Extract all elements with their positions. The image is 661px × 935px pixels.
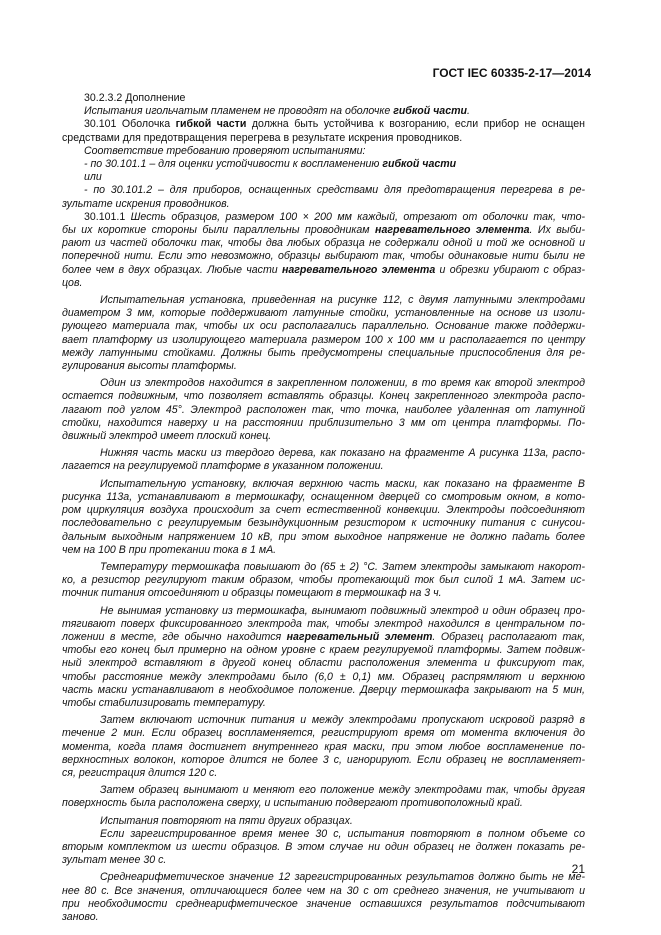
paragraph-p4: Соответствие требованию проверяют испыта… (62, 145, 585, 158)
text-line: вторым комплектом из шести образцов. В э… (62, 841, 585, 854)
text-line: Если зарегистрированное время менее 30 с… (62, 828, 585, 841)
text-line: Не вынимая установку из термошкафа, выни… (62, 605, 585, 618)
text-line: Один из электродов находится в закреплен… (62, 377, 585, 390)
text-line: ся, регистрация длится 120 с. (62, 767, 585, 780)
text-line: более чем в двух образцах. Любые части н… (62, 264, 585, 277)
text-line: рисунка 113а, устанавливают в термошкафу… (62, 491, 585, 504)
bold-term: гибкой части (382, 158, 456, 170)
text-line: нее 80 с. Все значения, отличающиеся бол… (62, 885, 585, 898)
text-line: Испытания повторяют на пяти других образ… (62, 815, 585, 828)
paragraph-p2: Испытания игольчатым пламенем не проводя… (62, 105, 585, 118)
text-line: гулирования высоты платформы. (62, 360, 585, 373)
text-line: дальным выходным напряжением 10 кВ, при … (62, 531, 585, 544)
text-line: ложении в месте, где обычно находится на… (62, 631, 585, 644)
text-line: чтобы стабилизировать температуру. (62, 697, 585, 710)
text-line: - по 30.101.2 – для приборов, оснащенных… (62, 184, 585, 197)
page-number: 21 (572, 862, 585, 876)
text-line: бы их короткие стороны были параллельны … (62, 224, 585, 237)
document-header-standard: ГОСТ IEC 60335-2-17—2014 (433, 66, 591, 80)
bold-term: гибкой части (176, 118, 247, 130)
text-line: Испытательную установку, включая верхнюю… (62, 478, 585, 491)
document-body: 30.2.3.2 ДополнениеИспытания игольчатым … (62, 92, 585, 924)
bold-term: гибкой части (393, 105, 467, 117)
paragraph-p9: Испытательная установка, приведенная на … (62, 294, 585, 373)
text-line: средствами для предотвращения перегрева … (62, 132, 585, 145)
text-line: зультат менее 30 с. (62, 854, 585, 867)
text-line: ко, а резистор регулируют таким образом,… (62, 574, 585, 587)
paragraph-p16: Затем образец вынимают и меняют его поло… (62, 784, 585, 810)
text-line: момента, когда пламя достигнет внутренне… (62, 741, 585, 754)
text-line: или (62, 171, 585, 184)
paragraph-p7: - по 30.101.2 – для приборов, оснащенных… (62, 184, 585, 210)
paragraph-p14: Не вынимая установку из термошкафа, выни… (62, 605, 585, 711)
text-line: верхностных волокон, которое длится не б… (62, 754, 585, 767)
text-line: - по 30.101.1 – для оценки устойчивости … (62, 158, 585, 171)
text-line: лагается на регулируемой платформе в ука… (62, 460, 585, 473)
bold-term: нагревательного элемента (282, 264, 435, 276)
text-line: последовательно с регулируемым безындукц… (62, 517, 585, 530)
text-line: цов. (62, 277, 585, 290)
text-line: 30.2.3.2 Дополнение (62, 92, 585, 105)
text-line: ром циркуляция воздуха происходит за сче… (62, 504, 585, 517)
paragraph-p15: Затем включают источник питания и между … (62, 714, 585, 780)
text-line: вает платформу из изолирующего материала… (62, 334, 585, 347)
text-line: Нижняя часть маски из твердого дерева, к… (62, 447, 585, 460)
text-line: течение 2 мин. Если образец воспламеняет… (62, 727, 585, 740)
text-line: Температуру термошкафа повышают до (65 ±… (62, 561, 585, 574)
paragraph-p10: Один из электродов находится в закреплен… (62, 377, 585, 443)
paragraph-p18: Если зарегистрированное время менее 30 с… (62, 828, 585, 868)
text-line: чем на 100 В при протекании тока в 1 мА. (62, 544, 585, 557)
text-line: остается подвижным, что позволяет вставл… (62, 390, 585, 403)
text-line: стойки, находится наверху и на расстояни… (62, 417, 585, 430)
text-line: Соответствие требованию проверяют испыта… (62, 145, 585, 158)
paragraph-p12: Испытательную установку, включая верхнюю… (62, 478, 585, 557)
bold-term: нагревательного элемента (375, 224, 529, 236)
paragraph-p8: 30.101.1 Шесть образцов, размером 100 × … (62, 211, 585, 290)
text-line: при необходимости среднеарифметическое з… (62, 898, 585, 911)
text-line: точник питания отсоединяют и образцы пом… (62, 587, 585, 600)
text-line: заново. (62, 911, 585, 924)
text-line: чтобы расстояние между электродами было … (62, 671, 585, 684)
text-line: диаметром 3 мм, которые поддерживают лат… (62, 307, 585, 320)
text-line: зультате искрения проводников. (62, 198, 585, 211)
text-line: лагают под углом 45°. Электрод расположе… (62, 404, 585, 417)
text-line: между латунными стойками. Должны быть пр… (62, 347, 585, 360)
text-line: Затем образец вынимают и меняют его поло… (62, 784, 585, 797)
paragraph-p17: Испытания повторяют на пяти других образ… (62, 815, 585, 828)
clause-number: 30.101.1 (84, 211, 131, 223)
text-line: ный электрод вставляют в другой конец об… (62, 657, 585, 670)
text-line: Среднеарифметическое значение 12 зарегис… (62, 871, 585, 884)
text-line: чтобы его конец был примерно на одном ур… (62, 644, 585, 657)
paragraph-p19: Среднеарифметическое значение 12 зарегис… (62, 871, 585, 924)
text-line: Затем включают источник питания и между … (62, 714, 585, 727)
paragraph-p6: или (62, 171, 585, 184)
text-line: поперечной нити. Если это невозможно, об… (62, 250, 585, 263)
text-line: часть маски устанавливают в необходимое … (62, 684, 585, 697)
text-line: Испытательная установка, приведенная на … (62, 294, 585, 307)
text-line: рующего материала так, чтобы их оси расп… (62, 320, 585, 333)
paragraph-p5: - по 30.101.1 – для оценки устойчивости … (62, 158, 585, 171)
text-line: 30.101 Оболочка гибкой части должна быть… (62, 118, 585, 131)
text-line: поверхность была расположена сверху, и и… (62, 797, 585, 810)
text-line: движный электрод имеет плоский конец. (62, 430, 585, 443)
text-line: рают из частей оболочки так, чтобы два л… (62, 237, 585, 250)
paragraph-p13: Температуру термошкафа повышают до (65 ±… (62, 561, 585, 601)
text-line: Испытания игольчатым пламенем не проводя… (62, 105, 585, 118)
paragraph-p11: Нижняя часть маски из твердого дерева, к… (62, 447, 585, 473)
bold-term: нагревательный элемент (287, 631, 433, 643)
paragraph-p1: 30.2.3.2 Дополнение (62, 92, 585, 105)
text-line: 30.101.1 Шесть образцов, размером 100 × … (62, 211, 585, 224)
text-line: тягивают поверх фиксированного электрода… (62, 618, 585, 631)
paragraph-p3: 30.101 Оболочка гибкой части должна быть… (62, 118, 585, 144)
